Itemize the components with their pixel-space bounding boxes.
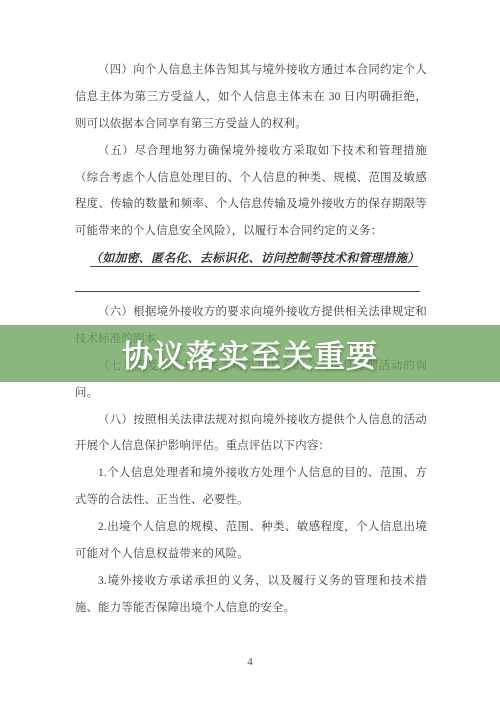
document-line: （五）尽合理地努力确保境外接收方采取如下技术和管理措施 [75,138,427,165]
document-line: （六）根据境外接收方的要求向境外接收方提供相关法律规定和 [75,299,427,326]
document-line: 问。 [75,380,427,407]
document-line: 2.出境个人信息的规模、范围、种类、敏感程度，个人信息出境 [75,514,427,541]
document-line: （四）向个人信息主体告知其与境外接收方通过本合同约定个人 [75,57,427,84]
document-line: 3.境外接收方承诺承担的义务，以及履行义务的管理和技术措 [75,568,427,595]
document-line: （如加密、匿名化、去标识化、访问控制等技术和管理措施） [90,245,418,272]
document-line: 信息主体为第三方受益人，如个人信息主体未在 30 日内明确拒绝， [75,84,427,111]
document-line: 开展个人信息保护影响评估。重点评估以下内容： [75,433,427,460]
document-line: 式等的合法性、正当性、必要性。 [75,487,427,514]
banner-title: 协议落实至关重要 [122,331,378,376]
document-page: （四）向个人信息主体告知其与境外接收方通过本合同约定个人信息主体为第三方受益人，… [0,0,500,707]
document-line: 可能带来的个人信息安全风险），以履行本合同约定的义务： [75,218,427,245]
blank-underline [75,272,427,299]
document-line: 可能对个人信息权益带来的风险。 [75,541,427,568]
banner-overlay: 协议落实至关重要 [0,325,500,382]
document-line: 施、能力等能否保障出境个人信息的安全。 [75,595,427,622]
document-line: 则可以依据本合同享有第三方受益人的权利。 [75,111,427,138]
document-line: 1.个人信息处理者和境外接收方处理个人信息的目的、范围、方 [75,460,427,487]
document-line: 程度、传输的数量和频率、个人信息传输及境外接收方的保存期限等 [75,191,427,218]
document-line: （综合考虑个人信息处理目的、个人信息的种类、规模、范围及敏感 [75,165,427,192]
page-number: 4 [0,656,500,668]
document-line: （八）按照相关法律法规对拟向境外接收方提供个人信息的活动 [75,407,427,434]
